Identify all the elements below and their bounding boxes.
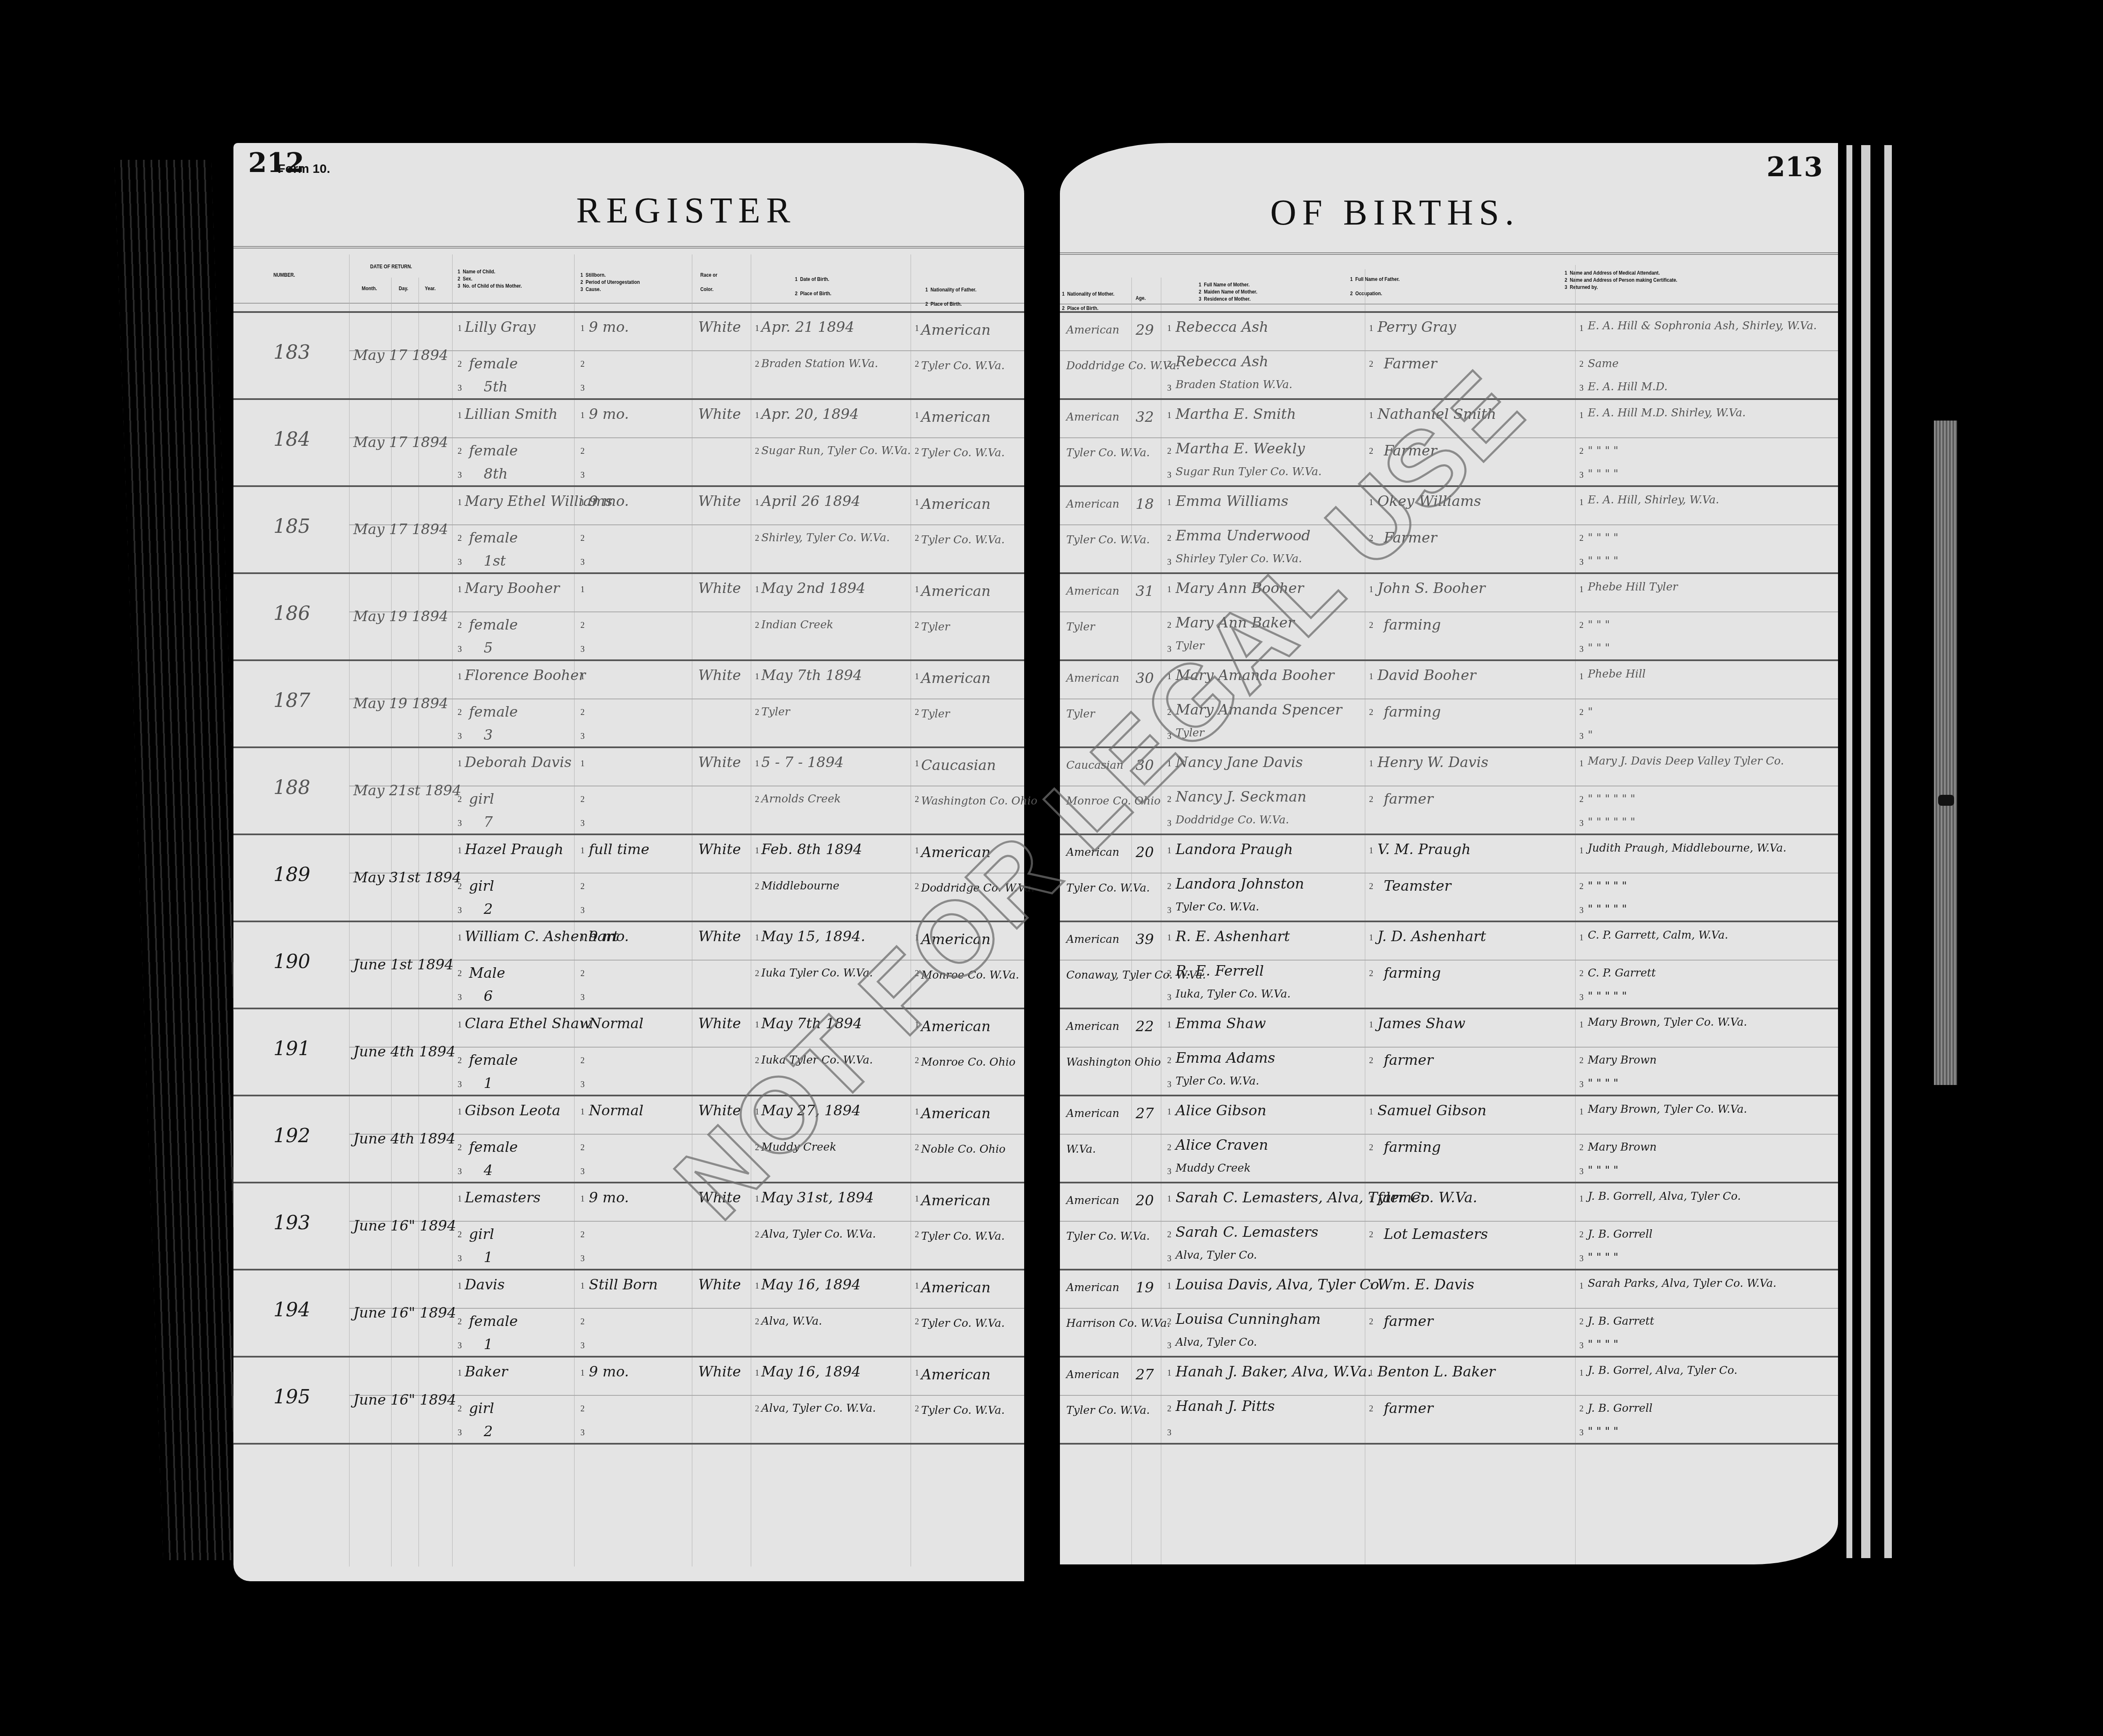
mother-age: 32 — [1136, 409, 1154, 426]
mother-residence: Sugar Run Tyler Co. W.Va. — [1176, 466, 1322, 478]
line-number-1: 1 — [915, 672, 919, 682]
medical-attendant: E. A. Hill & Sophronia Ash, Shirley, W.V… — [1588, 320, 1817, 332]
mother-residence: Alva, Tyler Co. — [1176, 1249, 1257, 1262]
line-number-2: 2 — [580, 1317, 585, 1327]
line-number-1: 1 — [580, 1107, 585, 1117]
line-number-2: 2 — [580, 708, 585, 717]
return-date: May 17 1894 — [353, 434, 448, 451]
line-number-2: 2 — [580, 882, 585, 892]
line-number-3: 3 — [1167, 1341, 1171, 1351]
line-number-1: 1 — [1167, 1194, 1171, 1204]
entry-number: 185 — [273, 515, 310, 537]
line-number-1: 1 — [755, 585, 759, 595]
form-label: Form 10. — [278, 162, 330, 176]
uterogestation-period: 9 mo. — [589, 406, 629, 423]
line-number-2: 2 — [458, 621, 462, 630]
line-number-1: 1 — [1579, 846, 1584, 856]
line-number-1: 1 — [1579, 1194, 1584, 1204]
line-number-1: 1 — [755, 498, 759, 508]
birth-place: Indian Creek — [761, 619, 833, 631]
mother-full-name: Landora Praugh — [1176, 841, 1293, 858]
return-date: June 16" 1894 — [353, 1392, 456, 1408]
mother-residence: Braden Station W.Va. — [1176, 378, 1293, 391]
entry-number: 194 — [273, 1298, 310, 1321]
line-number-3: 3 — [458, 906, 462, 916]
line-number-2: 2 — [755, 882, 759, 892]
line-number-2: 2 — [1579, 1143, 1584, 1153]
line-number-2: 2 — [1579, 447, 1584, 456]
child-sex: girl — [469, 791, 494, 807]
race: White — [698, 754, 741, 771]
row-divider — [233, 1443, 1024, 1445]
child-number: 3 — [484, 727, 493, 744]
uterogestation-period: 9 mo. — [589, 928, 629, 945]
tab-marker — [1938, 795, 1954, 806]
column-divider — [1575, 265, 1576, 1564]
line-number-3: 3 — [458, 471, 462, 480]
line-number-1: 1 — [915, 1281, 919, 1291]
uterogestation-period: 9 mo. — [589, 493, 629, 510]
row-divider — [1060, 1356, 1838, 1358]
line-number-3: 3 — [580, 645, 585, 654]
line-number-1: 1 — [1579, 411, 1584, 421]
line-number-1: 1 — [458, 846, 462, 856]
line-number-3: 3 — [1579, 993, 1584, 1003]
father-nationality: American — [921, 583, 991, 600]
mother-birthplace: Tyler — [1066, 621, 1095, 633]
line-number-2: 2 — [580, 534, 585, 543]
birth-place: Tyler — [761, 706, 790, 718]
uterogestation-period: Normal — [589, 1102, 644, 1119]
line-number-1: 1 — [915, 1194, 919, 1204]
line-number-1: 1 — [1167, 1107, 1171, 1117]
father-full-name: Perry Gray — [1377, 319, 1456, 336]
uterogestation-period: Normal — [589, 1015, 644, 1032]
father-birthplace: Tyler Co. W.Va. — [921, 1404, 1005, 1417]
birth-date: May 16, 1894 — [761, 1276, 861, 1293]
line-number-2: 2 — [915, 1317, 919, 1327]
row-divider — [1060, 1443, 1838, 1445]
mother-maiden-name: Hanah J. Pitts — [1176, 1398, 1275, 1415]
line-number-3: 3 — [1167, 384, 1171, 393]
entry-number: 190 — [273, 950, 310, 973]
line-number-2: 2 — [1369, 969, 1373, 979]
return-date: June 16" 1894 — [353, 1217, 456, 1234]
line-number-3: 3 — [580, 993, 585, 1003]
entry-number: 184 — [273, 428, 310, 450]
line-number-3: 3 — [1167, 558, 1171, 567]
mother-maiden-name: Nancy J. Seckman — [1176, 789, 1306, 805]
line-number-3: 3 — [580, 1428, 585, 1438]
line-number-2: 2 — [580, 795, 585, 804]
row-subdivider — [349, 524, 1024, 525]
certifier: Mary Brown — [1588, 1054, 1657, 1066]
uterogestation-period: 9 mo. — [589, 1363, 629, 1380]
returned-by: E. A. Hill M.D. — [1588, 381, 1668, 393]
line-number-2: 2 — [1579, 1230, 1584, 1240]
father-full-name: farmer — [1377, 1189, 1427, 1206]
col-header-date-of-return: DATE OF RETURN. — [370, 263, 412, 270]
child-sex: female — [469, 355, 518, 372]
return-date: June 16" 1894 — [353, 1305, 456, 1321]
mother-residence: Alva, Tyler Co. — [1176, 1336, 1257, 1349]
line-number-2: 2 — [1579, 708, 1584, 717]
row-subdivider — [1060, 611, 1838, 612]
medical-attendant: E. A. Hill M.D. Shirley, W.Va. — [1588, 407, 1745, 419]
line-number-1: 1 — [1167, 1368, 1171, 1378]
col-header-birth: 1 Date of Birth. 2 Place of Birth. — [795, 275, 832, 297]
line-number-1: 1 — [1579, 585, 1584, 595]
line-number-3: 3 — [580, 558, 585, 567]
medical-attendant: C. P. Garrett, Calm, W.Va. — [1588, 929, 1728, 942]
medical-attendant: Sarah Parks, Alva, Tyler Co. W.Va. — [1588, 1277, 1777, 1290]
line-number-1: 1 — [755, 759, 759, 769]
child-name: Gibson Leota — [465, 1102, 561, 1119]
medical-attendant: Mary Brown, Tyler Co. W.Va. — [1588, 1016, 1747, 1029]
father-nationality: American — [921, 1279, 991, 1296]
line-number-2: 2 — [458, 1230, 462, 1240]
child-name: Florence Booher — [465, 667, 585, 684]
mother-full-name: Sarah C. Lemasters, Alva, Tyler Co. W.Va… — [1176, 1189, 1477, 1206]
birth-date: Apr. 20, 1894 — [761, 406, 859, 423]
return-date: May 17 1894 — [353, 347, 448, 364]
father-nationality: American — [921, 322, 991, 339]
line-number-2: 2 — [458, 1317, 462, 1327]
mother-maiden-name: Sarah C. Lemasters — [1176, 1224, 1318, 1241]
line-number-1: 1 — [458, 933, 462, 943]
ruler-tab — [1934, 421, 1957, 1085]
line-number-2: 2 — [915, 447, 919, 456]
line-number-1: 1 — [755, 933, 759, 943]
mother-full-name: R. E. Ashenhart — [1176, 928, 1290, 945]
mother-age: 19 — [1136, 1279, 1154, 1296]
line-number-2: 2 — [1369, 1056, 1373, 1066]
line-number-2: 2 — [755, 447, 759, 456]
row-divider — [233, 1356, 1024, 1358]
line-number-2: 2 — [580, 1056, 585, 1066]
certifier: Same — [1588, 357, 1618, 370]
certifier: J. B. Gorrell — [1588, 1228, 1653, 1241]
line-number-3: 3 — [1579, 384, 1584, 393]
line-number-2: 2 — [1369, 360, 1373, 369]
line-number-2: 2 — [1167, 1143, 1171, 1153]
mother-nationality: American — [1066, 585, 1119, 598]
medical-attendant: Judith Praugh, Middlebourne, W.Va. — [1588, 842, 1786, 855]
father-nationality: Caucasian — [921, 757, 996, 774]
medical-attendant: Mary Brown, Tyler Co. W.Va. — [1588, 1103, 1747, 1116]
returned-by: " " " " — [1588, 1077, 1618, 1090]
father-birthplace: Tyler Co. W.Va. — [921, 1230, 1005, 1243]
mother-age: 27 — [1136, 1105, 1154, 1122]
certifier: " " " " " — [1588, 880, 1627, 892]
child-sex: girl — [469, 1400, 494, 1417]
entry-number: 195 — [273, 1385, 310, 1408]
certifier: " " " " — [1588, 532, 1618, 544]
mother-maiden-name: Emma Adams — [1176, 1050, 1275, 1066]
mother-nationality: American — [1066, 324, 1119, 336]
father-nationality: American — [921, 1105, 991, 1122]
birth-place: Alva, Tyler Co. W.Va. — [761, 1402, 876, 1415]
race: White — [698, 841, 741, 858]
line-number-1: 1 — [915, 324, 919, 333]
line-number-3: 3 — [580, 384, 585, 393]
line-number-1: 1 — [915, 1107, 919, 1117]
line-number-3: 3 — [1579, 732, 1584, 741]
mother-nationality: American — [1066, 411, 1119, 423]
child-number: 5th — [484, 378, 508, 395]
line-number-2: 2 — [755, 1230, 759, 1240]
race: White — [698, 580, 741, 597]
uterogestation-period: full time — [589, 841, 649, 858]
line-number-1: 1 — [458, 1020, 462, 1030]
line-number-2: 2 — [1579, 534, 1584, 543]
mother-age: 18 — [1136, 496, 1154, 513]
child-name: Lilly Gray — [465, 319, 535, 336]
line-number-3: 3 — [458, 819, 462, 828]
line-number-3: 3 — [458, 732, 462, 741]
row-subdivider — [1060, 1047, 1838, 1048]
child-number: 1 — [484, 1249, 493, 1266]
line-number-3: 3 — [580, 732, 585, 741]
mother-age: 20 — [1136, 1192, 1154, 1209]
line-number-1: 1 — [915, 846, 919, 856]
line-number-2: 2 — [1369, 621, 1373, 630]
child-number: 6 — [484, 988, 493, 1005]
line-number-3: 3 — [1579, 645, 1584, 654]
line-number-2: 2 — [1369, 882, 1373, 892]
returned-by: " " " " " " — [1588, 816, 1635, 828]
line-number-1: 1 — [1167, 933, 1171, 943]
line-number-1: 1 — [458, 1194, 462, 1204]
line-number-3: 3 — [1579, 1341, 1584, 1351]
mother-age: 20 — [1136, 844, 1154, 861]
col-header-father: 1 Full Name of Father. 2 Occupation. — [1350, 275, 1400, 297]
mother-residence: Doddridge Co. W.Va. — [1176, 814, 1289, 826]
father-occupation: farmer — [1384, 1400, 1433, 1417]
medical-attendant: J. B. Gorrel, Alva, Tyler Co. — [1588, 1364, 1737, 1377]
line-number-1: 1 — [1579, 1368, 1584, 1378]
line-number-2: 2 — [915, 534, 919, 543]
mother-nationality: American — [1066, 498, 1119, 511]
father-occupation: farmer — [1384, 791, 1433, 807]
father-birthplace: Tyler Co. W.Va. — [921, 534, 1005, 546]
father-occupation: farming — [1384, 965, 1441, 982]
row-divider — [233, 398, 1024, 400]
child-number: 1st — [484, 553, 506, 569]
mother-birthplace: Tyler Co. W.Va. — [1066, 1404, 1150, 1417]
line-number-1: 1 — [1167, 324, 1171, 333]
line-number-3: 3 — [458, 1167, 462, 1177]
page-title-right: OF BIRTHS. — [1270, 191, 1520, 233]
line-number-1: 1 — [1167, 411, 1171, 421]
race: White — [698, 928, 741, 945]
line-number-2: 2 — [580, 447, 585, 456]
page-edge-sheet — [1861, 145, 1870, 1558]
return-date: May 31st 1894 — [353, 869, 461, 886]
birth-place: Arnolds Creek — [761, 793, 841, 805]
row-subdivider — [1060, 1221, 1838, 1222]
child-sex: female — [469, 442, 518, 459]
col-header-attendant: 1 Name and Address of Medical Attendant.… — [1565, 269, 1677, 291]
medical-attendant: E. A. Hill, Shirley, W.Va. — [1588, 494, 1719, 506]
line-number-1: 1 — [1369, 846, 1373, 856]
father-birthplace: Monroe Co. Ohio — [921, 1056, 1015, 1069]
line-number-2: 2 — [755, 621, 759, 630]
line-number-1: 1 — [755, 1281, 759, 1291]
page-title-left: REGISTER — [576, 189, 796, 231]
line-number-3: 3 — [580, 819, 585, 828]
row-divider — [233, 311, 1024, 313]
birth-date: 5 - 7 - 1894 — [761, 754, 844, 771]
line-number-2: 2 — [1369, 1317, 1373, 1327]
father-nationality: American — [921, 1366, 991, 1383]
certifier: " " " " — [1588, 445, 1618, 457]
returned-by: " " " " " — [1588, 990, 1627, 1003]
line-number-1: 1 — [458, 1368, 462, 1378]
line-number-3: 3 — [1167, 819, 1171, 828]
return-date: May 19 1894 — [353, 695, 448, 712]
line-number-3: 3 — [1579, 1254, 1584, 1264]
line-number-2: 2 — [458, 969, 462, 979]
line-number-2: 2 — [1579, 1404, 1584, 1414]
line-number-1: 1 — [458, 672, 462, 682]
col-header-year: Year. — [425, 285, 436, 292]
line-number-1: 1 — [755, 846, 759, 856]
line-number-2: 2 — [458, 1404, 462, 1414]
line-number-1: 1 — [1369, 933, 1373, 943]
father-full-name: Samuel Gibson — [1377, 1102, 1486, 1119]
mother-age: 27 — [1136, 1366, 1154, 1383]
header-rule — [1060, 252, 1838, 255]
child-name: Clara Ethel Shaw — [465, 1015, 591, 1032]
mother-birthplace: Doddridge Co. W.Va. — [1066, 360, 1180, 372]
return-date: May 17 1894 — [353, 521, 448, 538]
child-number: 1 — [484, 1336, 493, 1353]
child-name: Baker — [465, 1363, 508, 1380]
line-number-2: 2 — [1369, 1404, 1373, 1414]
mother-full-name: Martha E. Smith — [1176, 406, 1296, 423]
line-number-2: 2 — [915, 708, 919, 717]
father-nationality: American — [921, 670, 991, 687]
line-number-2: 2 — [1579, 795, 1584, 804]
mother-maiden-name: Louisa Cunningham — [1176, 1311, 1321, 1328]
mother-full-name: Alice Gibson — [1176, 1102, 1266, 1119]
child-name: Mary Booher — [465, 580, 560, 597]
line-number-3: 3 — [458, 1341, 462, 1351]
col-header-age: Age. — [1136, 294, 1146, 302]
line-number-2: 2 — [458, 360, 462, 369]
birth-place: Alva, Tyler Co. W.Va. — [761, 1228, 876, 1241]
line-number-2: 2 — [1167, 534, 1171, 543]
mother-maiden-name: Martha E. Weekly — [1176, 440, 1305, 457]
father-occupation: farming — [1384, 617, 1441, 633]
row-divider — [233, 746, 1024, 748]
line-number-2: 2 — [915, 1230, 919, 1240]
row-subdivider — [1060, 1308, 1838, 1309]
child-number: 5 — [484, 640, 493, 656]
father-occupation: farmer — [1384, 1313, 1433, 1330]
line-number-1: 1 — [1369, 324, 1373, 333]
row-subdivider — [1060, 873, 1838, 873]
row-divider — [233, 1269, 1024, 1270]
returned-by: " " " " — [1588, 468, 1618, 480]
line-number-2: 2 — [755, 1404, 759, 1414]
entry-number: 192 — [273, 1124, 310, 1147]
line-number-3: 3 — [580, 1167, 585, 1177]
returned-by: " " " " " — [1588, 903, 1627, 916]
mother-maiden-name: R. E. Ferrell — [1176, 963, 1264, 979]
mother-age: 22 — [1136, 1018, 1154, 1035]
returned-by: " " " " — [1588, 1164, 1618, 1177]
line-number-2: 2 — [915, 1404, 919, 1414]
row-divider — [233, 834, 1024, 835]
father-birthplace: Tyler Co. W.Va. — [921, 360, 1005, 372]
mother-residence: Tyler Co. W.Va. — [1176, 901, 1259, 913]
line-number-2: 2 — [1579, 1056, 1584, 1066]
line-number-1: 1 — [1167, 1281, 1171, 1291]
line-number-1: 1 — [1579, 1020, 1584, 1030]
line-number-3: 3 — [580, 1341, 585, 1351]
line-number-2: 2 — [458, 1143, 462, 1153]
father-birthplace: Noble Co. Ohio — [921, 1143, 1006, 1156]
line-number-3: 3 — [1167, 1167, 1171, 1177]
row-divider — [1060, 1269, 1838, 1270]
line-number-3: 3 — [458, 1428, 462, 1438]
column-divider — [574, 254, 575, 1567]
line-number-1: 1 — [755, 411, 759, 421]
child-name: Hazel Praugh — [465, 841, 564, 858]
father-birthplace: Tyler Co. W.Va. — [921, 1317, 1005, 1330]
father-full-name: Benton L. Baker — [1377, 1363, 1495, 1380]
mother-birthplace: Tyler Co. W.Va. — [1066, 534, 1150, 546]
mother-birthplace: Harrison Co. W.Va. — [1066, 1317, 1171, 1330]
birth-date: May 15, 1894. — [761, 928, 865, 945]
uterogestation-period: 9 mo. — [589, 1189, 629, 1206]
line-number-2: 2 — [580, 969, 585, 979]
birth-date: Apr. 21 1894 — [761, 319, 854, 336]
line-number-3: 3 — [458, 993, 462, 1003]
line-number-1: 1 — [1579, 324, 1584, 333]
certifier: " " " — [1588, 619, 1610, 631]
child-number: 2 — [484, 1423, 493, 1440]
return-date: May 21st 1894 — [353, 782, 461, 799]
return-date: June 1st 1894 — [353, 956, 453, 973]
line-number-3: 3 — [1579, 819, 1584, 828]
line-number-1: 1 — [458, 498, 462, 508]
row-divider — [1060, 1182, 1838, 1183]
child-sex: female — [469, 617, 518, 633]
line-number-1: 1 — [458, 324, 462, 333]
col-header-race: Race or Color. — [700, 271, 718, 293]
line-number-3: 3 — [1579, 1080, 1584, 1090]
line-number-1: 1 — [915, 1368, 919, 1378]
mother-birthplace: W.Va. — [1066, 1143, 1096, 1156]
line-number-2: 2 — [1167, 882, 1171, 892]
line-number-2: 2 — [1369, 1230, 1373, 1240]
line-number-3: 3 — [1167, 906, 1171, 916]
certifier: " — [1588, 706, 1593, 718]
father-occupation: farming — [1384, 1139, 1441, 1156]
line-number-2: 2 — [915, 1143, 919, 1153]
returned-by: " " " " — [1588, 555, 1618, 567]
child-sex: female — [469, 1313, 518, 1330]
line-number-3: 3 — [458, 384, 462, 393]
entry-number: 191 — [273, 1037, 310, 1060]
mother-maiden-name: Alice Craven — [1176, 1137, 1268, 1154]
line-number-1: 1 — [1579, 498, 1584, 508]
col-header-child: 1 Name of Child. 2 Sex. 3 No. of Child o… — [458, 268, 522, 289]
line-number-2: 2 — [1167, 1056, 1171, 1066]
